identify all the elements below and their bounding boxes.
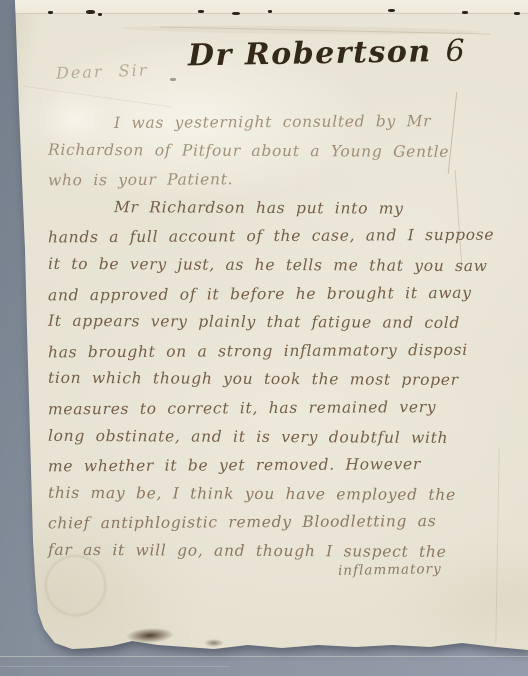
ink-speck	[98, 13, 102, 16]
ink-speck	[232, 12, 240, 15]
ink-speck	[514, 12, 520, 15]
salutation: Dear Sir	[56, 60, 149, 82]
letter-body: I was yesternight consulted by Mr Richar…	[48, 108, 504, 566]
burn-stain	[126, 627, 175, 644]
docket-heading: Dr Robertson6	[188, 34, 467, 74]
letter-line: I was yesternight consulted by Mr	[48, 107, 504, 138]
letter-line: It appears very plainly that fatigue and…	[48, 307, 504, 338]
manuscript-photo: Dr Robertson6 Dear Sir I was yesternight…	[0, 0, 528, 676]
ink-speck	[462, 11, 468, 14]
paper-wrapper: Dr Robertson6 Dear Sir I was yesternight…	[0, 0, 528, 676]
letter-line: this may be, I think you have employed t…	[48, 479, 504, 510]
letter-line: hands a full account of the case, and I …	[48, 221, 504, 252]
paper-top-fold	[0, 0, 528, 14]
letter-line: Mr Richardson has put into my	[48, 193, 504, 224]
catchword: inflammatory	[338, 561, 442, 579]
ink-speck	[48, 11, 53, 14]
letter-line: Richardson of Pitfour about a Young Gent…	[48, 135, 504, 166]
letter-line: has brought on a strong inflammatory dis…	[48, 335, 504, 366]
letter-line: who is your Patient.	[48, 164, 504, 195]
letter-line: tion which though you took the most prop…	[48, 364, 504, 395]
ink-speck	[198, 10, 204, 13]
ink-speck	[268, 10, 272, 13]
letter-line: and approved of it before he brought it …	[48, 278, 504, 309]
letter-line: me whether it be yet removed. However	[48, 450, 504, 481]
letter-line: chief antiphlogistic remedy Bloodletting…	[48, 507, 504, 538]
ink-speck	[86, 10, 95, 14]
letter-line: measures to correct it, has remained ver…	[48, 393, 504, 424]
paper-sheet: Dr Robertson6 Dear Sir I was yesternight…	[0, 0, 528, 676]
letter-line: long obstinate, and it is very doubtful …	[48, 421, 504, 452]
docket-number: 6	[445, 34, 466, 69]
ink-speck	[170, 78, 176, 81]
letter-line: it to be very just, as he tells me that …	[48, 250, 504, 281]
burn-stain	[204, 639, 224, 647]
docket-name: Dr Robertson	[188, 34, 432, 73]
ink-speck	[388, 9, 395, 12]
